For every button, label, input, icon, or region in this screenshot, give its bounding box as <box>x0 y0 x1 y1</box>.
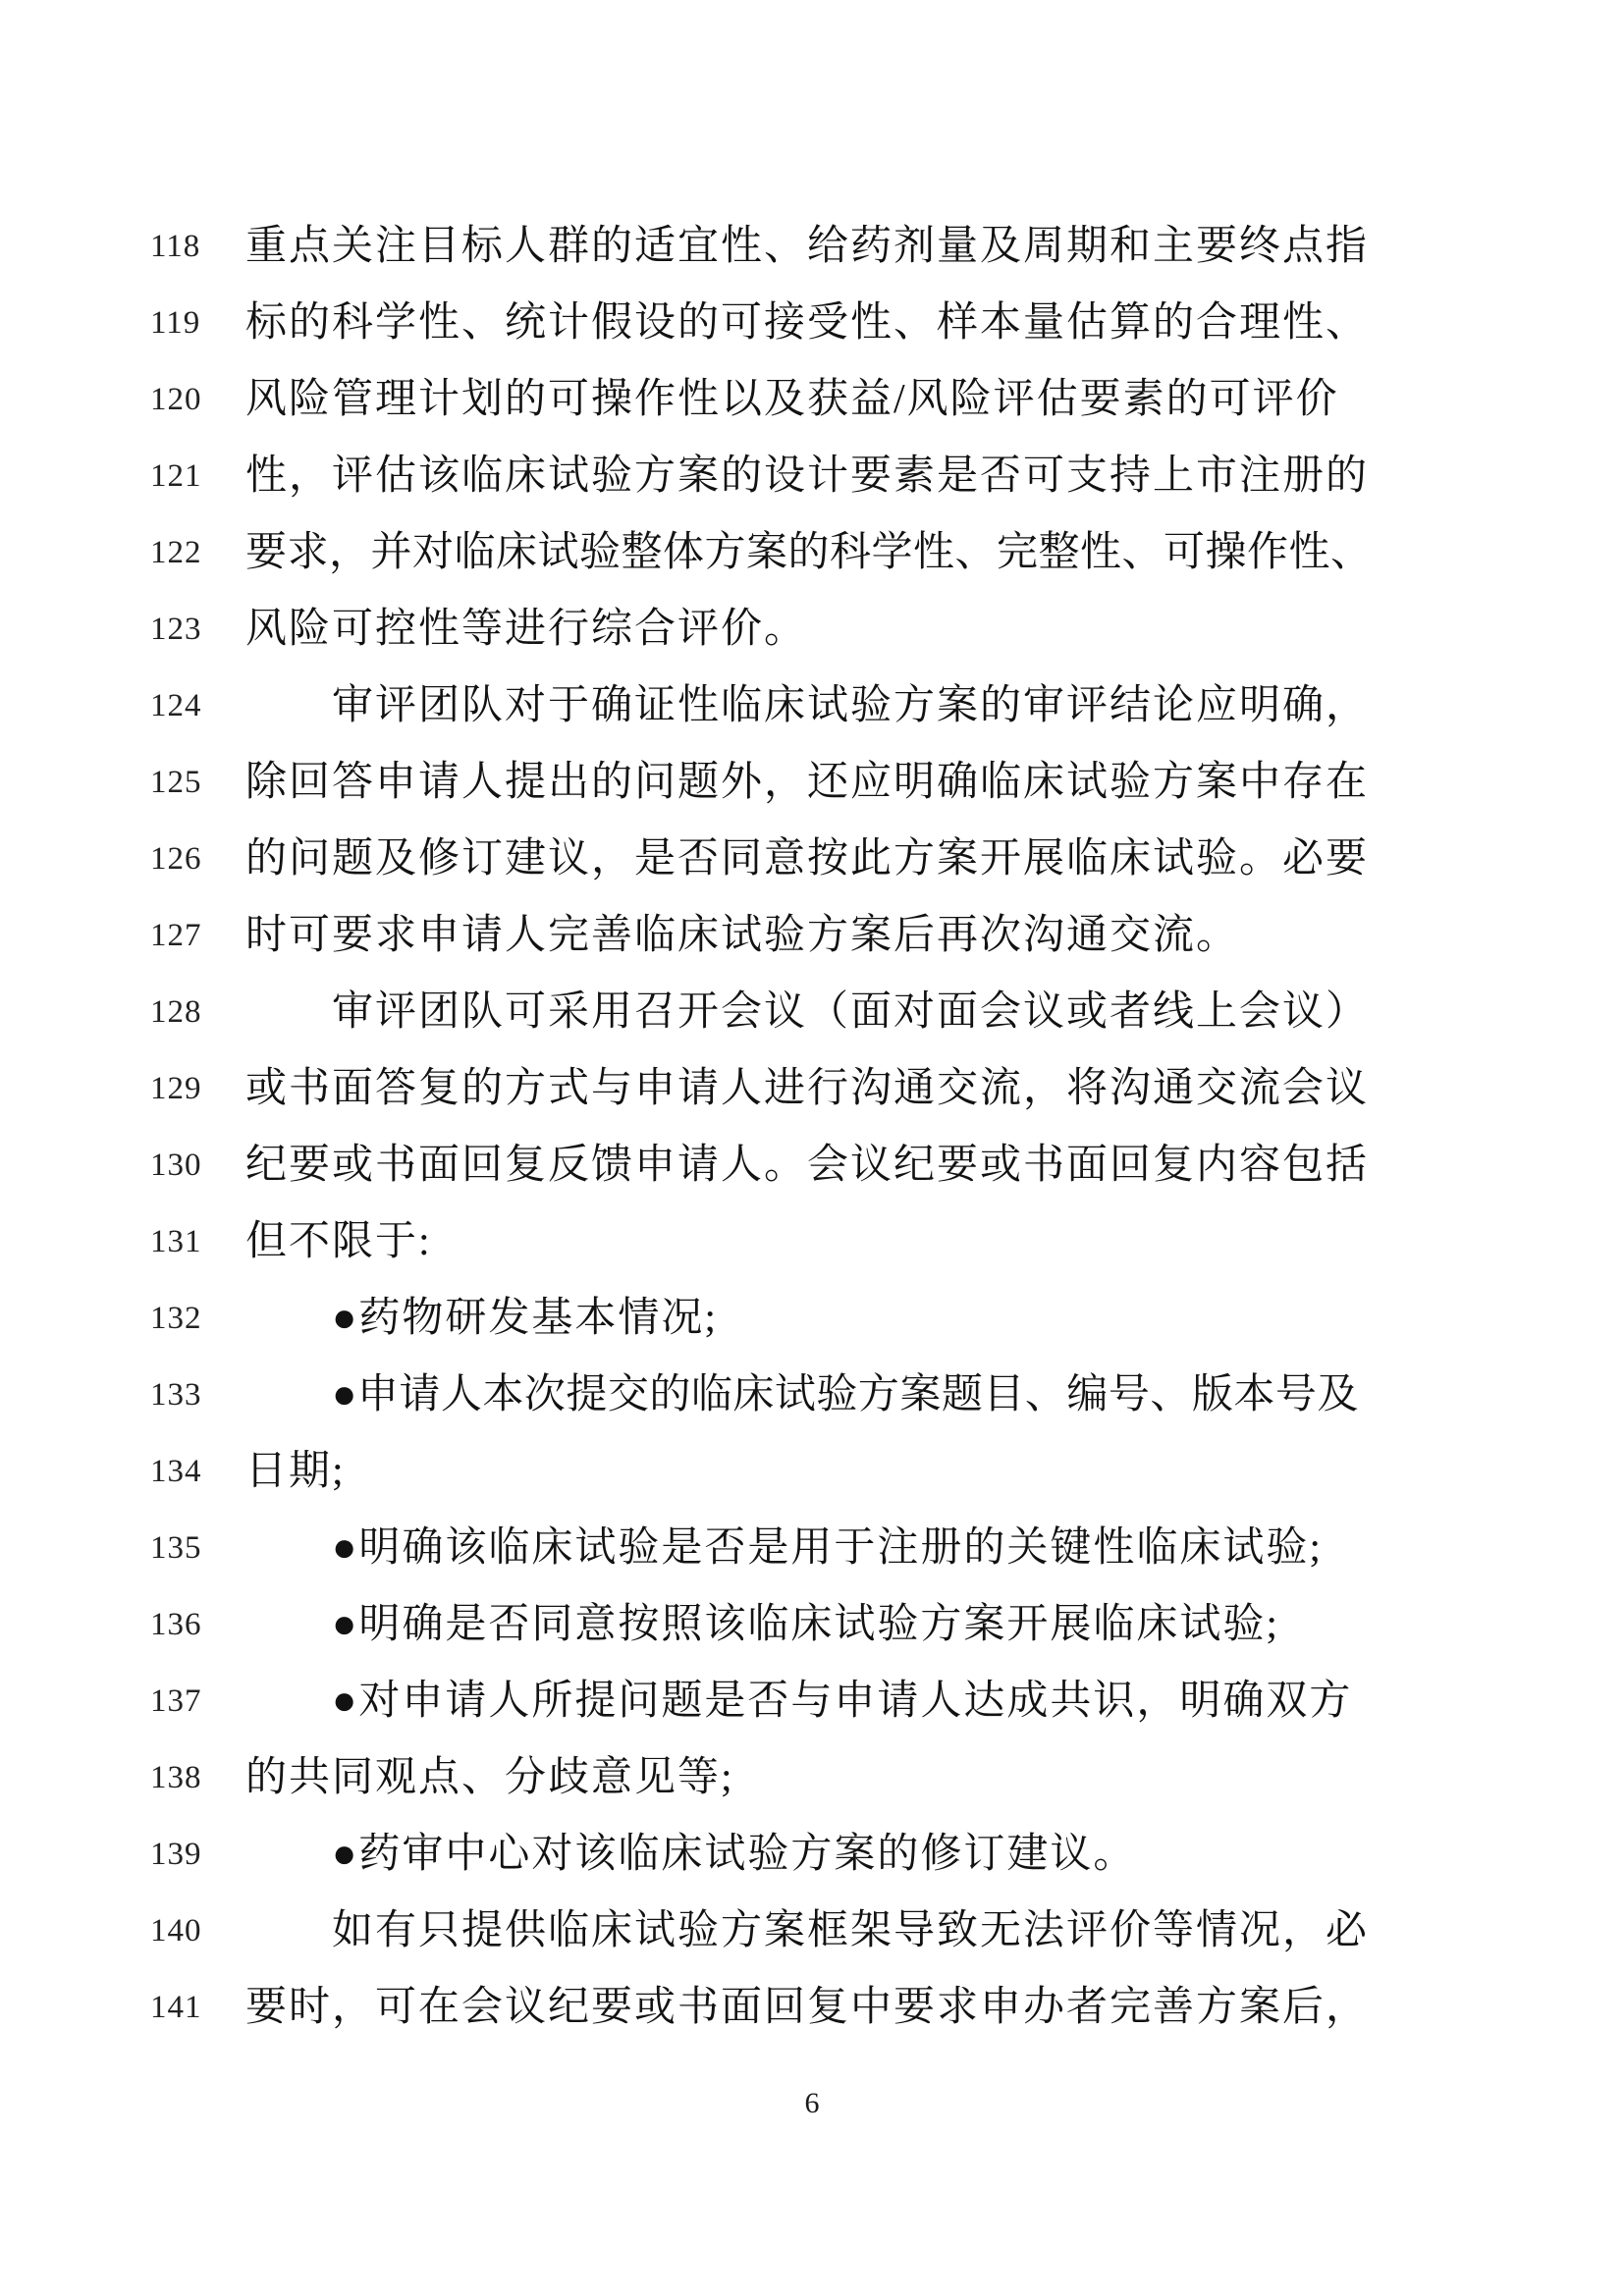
line-text: 审评团队可采用召开会议（面对面会议或者线上会议） <box>245 974 1384 1050</box>
text-line: 134 日期; <box>0 1433 1624 1510</box>
line-number: 136 <box>150 1586 202 1663</box>
text-line: 140 如有只提供临床试验方案框架导致无法评价等情况，必 <box>0 1893 1624 1969</box>
line-number: 122 <box>150 514 202 591</box>
line-number: 132 <box>150 1280 202 1357</box>
line-number: 123 <box>150 591 202 667</box>
line-number: 139 <box>150 1816 202 1893</box>
text-line: 119 标的科学性、统计假设的可接受性、样本量估算的合理性、 <box>0 285 1624 361</box>
line-number: 130 <box>150 1127 202 1203</box>
text-line: 126 的问题及修订建议，是否同意按此方案开展临床试验。必要 <box>0 821 1624 897</box>
text-line: 135 ●明确该临床试验是否是用于注册的关键性临床试验; <box>0 1510 1624 1586</box>
line-text: 要时，可在会议纪要或书面回复中要求申办者完善方案后， <box>245 1969 1384 2046</box>
line-number: 129 <box>150 1050 202 1127</box>
line-text: 标的科学性、统计假设的可接受性、样本量估算的合理性、 <box>245 285 1384 361</box>
line-number: 127 <box>150 897 202 974</box>
line-number: 124 <box>150 667 202 744</box>
line-number: 141 <box>150 1969 202 2046</box>
line-text: 如有只提供临床试验方案框架导致无法评价等情况，必 <box>245 1893 1384 1969</box>
page-number: 6 <box>0 2087 1624 2120</box>
text-line: 120 风险管理计划的可操作性以及获益/风险评估要素的可评价 <box>0 361 1624 438</box>
line-text: 要求，并对临床试验整体方案的科学性、完整性、可操作性、 <box>245 514 1384 591</box>
line-number: 126 <box>150 821 202 897</box>
line-number: 138 <box>150 1739 202 1816</box>
text-line: 133 ●申请人本次提交的临床试验方案题目、编号、版本号及 <box>0 1357 1624 1433</box>
text-line: 139 ●药审中心对该临床试验方案的修订建议。 <box>0 1816 1624 1893</box>
text-line: 123 风险可控性等进行综合评价。 <box>0 591 1624 667</box>
line-text: 但不限于: <box>245 1203 1384 1280</box>
line-text: 重点关注目标人群的适宜性、给药剂量及周期和主要终点指 <box>245 208 1384 285</box>
text-line: 129 或书面答复的方式与申请人进行沟通交流，将沟通交流会议 <box>0 1050 1624 1127</box>
line-text: 风险可控性等进行综合评价。 <box>245 591 1384 667</box>
text-line: 125 除回答申请人提出的问题外，还应明确临床试验方案中存在 <box>0 744 1624 821</box>
line-number: 134 <box>150 1433 202 1510</box>
line-number: 119 <box>150 285 200 361</box>
line-text: 性，评估该临床试验方案的设计要素是否可支持上市注册的 <box>245 438 1384 514</box>
document-page: 118 重点关注目标人群的适宜性、给药剂量及周期和主要终点指 119 标的科学性… <box>0 0 1624 2296</box>
text-line: 138 的共同观点、分歧意见等; <box>0 1739 1624 1816</box>
line-number: 120 <box>150 361 202 438</box>
line-number: 135 <box>150 1510 202 1586</box>
line-number: 125 <box>150 744 202 821</box>
text-line: 127 时可要求申请人完善临床试验方案后再次沟通交流。 <box>0 897 1624 974</box>
text-line: 128 审评团队可采用召开会议（面对面会议或者线上会议） <box>0 974 1624 1050</box>
text-line: 141 要时，可在会议纪要或书面回复中要求申办者完善方案后， <box>0 1969 1624 2046</box>
text-line: 131 但不限于: <box>0 1203 1624 1280</box>
text-line: 121 性，评估该临床试验方案的设计要素是否可支持上市注册的 <box>0 438 1624 514</box>
text-line: 130 纪要或书面回复反馈申请人。会议纪要或书面回复内容包括 <box>0 1127 1624 1203</box>
line-text: 纪要或书面回复反馈申请人。会议纪要或书面回复内容包括 <box>245 1127 1384 1203</box>
text-line: 122 要求，并对临床试验整体方案的科学性、完整性、可操作性、 <box>0 514 1624 591</box>
line-text: ●明确该临床试验是否是用于注册的关键性临床试验; <box>245 1510 1384 1586</box>
line-number: 140 <box>150 1893 202 1969</box>
text-line: 132 ●药物研发基本情况; <box>0 1280 1624 1357</box>
line-text: 风险管理计划的可操作性以及获益/风险评估要素的可评价 <box>245 361 1384 438</box>
line-number: 118 <box>150 208 200 285</box>
line-text: ●药物研发基本情况; <box>245 1280 1384 1357</box>
line-text: 或书面答复的方式与申请人进行沟通交流，将沟通交流会议 <box>245 1050 1384 1127</box>
line-text: ●申请人本次提交的临床试验方案题目、编号、版本号及 <box>245 1357 1384 1433</box>
text-block: 118 重点关注目标人群的适宜性、给药剂量及周期和主要终点指 119 标的科学性… <box>0 208 1624 2046</box>
line-number: 137 <box>150 1663 202 1739</box>
line-text: ●明确是否同意按照该临床试验方案开展临床试验; <box>245 1586 1384 1663</box>
line-text: 日期; <box>245 1433 1384 1510</box>
line-number: 121 <box>150 438 202 514</box>
line-text: 的共同观点、分歧意见等; <box>245 1739 1384 1816</box>
line-text: 时可要求申请人完善临床试验方案后再次沟通交流。 <box>245 897 1384 974</box>
text-line: 124 审评团队对于确证性临床试验方案的审评结论应明确， <box>0 667 1624 744</box>
line-text: ●药审中心对该临床试验方案的修订建议。 <box>245 1816 1384 1893</box>
line-number: 131 <box>150 1203 202 1280</box>
line-number: 128 <box>150 974 202 1050</box>
text-line: 136 ●明确是否同意按照该临床试验方案开展临床试验; <box>0 1586 1624 1663</box>
text-line: 118 重点关注目标人群的适宜性、给药剂量及周期和主要终点指 <box>0 208 1624 285</box>
text-line: 137 ●对申请人所提问题是否与申请人达成共识，明确双方 <box>0 1663 1624 1739</box>
line-number: 133 <box>150 1357 202 1433</box>
line-text: 除回答申请人提出的问题外，还应明确临床试验方案中存在 <box>245 744 1384 821</box>
line-text: 的问题及修订建议，是否同意按此方案开展临床试验。必要 <box>245 821 1384 897</box>
line-text: ●对申请人所提问题是否与申请人达成共识，明确双方 <box>245 1663 1384 1739</box>
line-text: 审评团队对于确证性临床试验方案的审评结论应明确， <box>245 667 1384 744</box>
